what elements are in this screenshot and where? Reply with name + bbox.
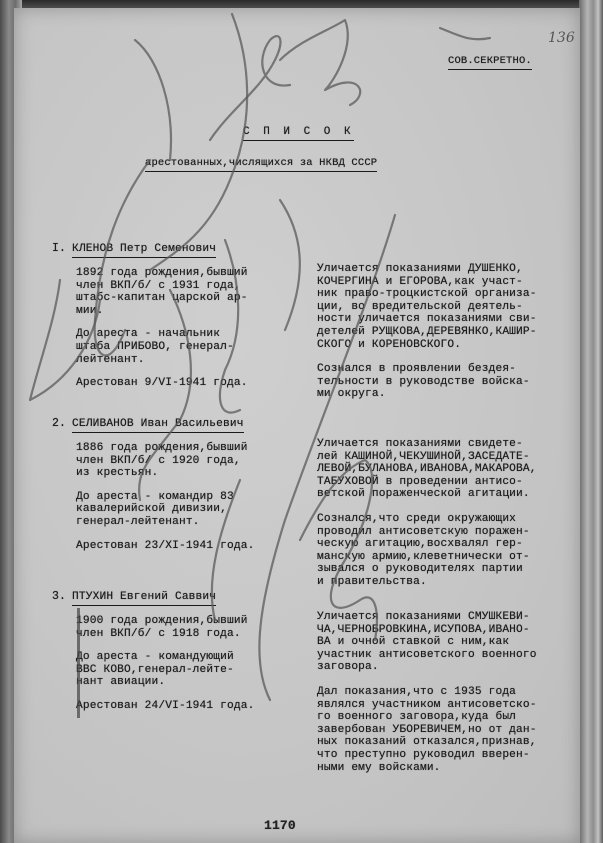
entry-arrest-date: Арестован 24/VI-1941 года. [76,700,254,713]
entry-position-line: нант авиации. [76,676,165,689]
sheet-number: 136 [548,30,575,46]
entry-charge-line: зывался о руководителях партии [317,563,523,576]
entry-charge-line: ник право-троцкистской организа- [317,288,537,301]
entry-number: I. [52,243,66,256]
entry-charge-line: ЧА,ЧЕРНОБРОВКИНА,ИСУПОВА,ИВАНО- [317,624,530,637]
entry-charge-line: тельности в руководстве войска- [317,376,530,389]
entry-bio-line: 1886 года рождения,бывший [76,442,248,455]
entry-position-line: До ареста - командир 83 [76,491,234,504]
entry-name: ПТУХИН Евгений Саввич [72,591,216,606]
entry-bio-line: мии. [76,305,103,318]
entry-position-line: штаба ПРИБОВО, генерал- [76,341,234,354]
entry-name: КЛЕНОВ Петр Семенович [72,243,216,258]
entry-charge-line: Сознался в проявлении бездея- [317,363,516,376]
entry-arrest-date: Арестован 23/XI-1941 года. [76,540,254,553]
entry-charge-line: го военного заговора,куда был [317,711,516,724]
entry-position-line: До ареста - командующий [76,651,234,664]
entry-charge-line: КОЧЕРГИНА и ЕГОРОВА,как участ- [317,276,523,289]
page-footer-number: 1170 [264,820,296,833]
entry-charge-line: Уличается показаниями СМУШКЕВИ- [317,611,530,624]
entry-position-line: До ареста - начальник [76,328,220,341]
entry-charge-line: заговора. [317,661,379,674]
entry-bio-line: из крестьян. [76,467,158,480]
entry-position-line: лейтенант. [76,354,145,367]
entry-charge-line: ции, во вредительской деятель- [317,301,523,314]
entry-charge-line: ми округа. [317,388,386,401]
entry-charge-line: ных показаний отказался,признав, [317,736,537,749]
entry-charge-line: ческую агитацию,восхвалял гер- [317,538,523,551]
entry-position-line: кавалерийской дивизии, [76,503,227,516]
entry-charge-line: Дал показания,что с 1935 года [317,686,516,699]
entry-bio-line: член ВКП/б/ с 1920 года, [76,455,241,468]
document-page: 136 СОВ.СЕКРЕТНО. С П И С О К арестованн… [14,8,580,843]
entry-number: 2. [52,418,66,431]
binding-right-edge [579,0,603,843]
entry-number: 3. [52,591,66,604]
entry-charge-line: проводил антисоветскую поражен- [317,526,530,539]
entry-arrest-date: Арестован 9/VI-1941 года. [76,377,248,390]
entry-charge-line: ТАБУХОВОЙ в проведении антисо- [317,476,523,489]
entry-charge-line: лей КАШИНОЙ,ЧЕКУШИНОЙ,ЗАСЕДАТЕ- [317,451,530,464]
document-title: С П И С О К [243,126,354,141]
entry-bio-line: член ВКП/б/ с 1931 года, [76,280,241,293]
entry-charge-line: ности уличается показаниями сви- [317,313,537,326]
entry-charge-line: и правительства. [317,576,427,589]
entry-charge-line: ВА и очной ставкой с ним,как [317,636,509,649]
entry-charge-line: ными ему войсками. [317,762,441,775]
entry-charge-line: детелей РУЩКОВА,ДЕРЕВЯНКО,КАШИР- [317,326,537,339]
entry-charge-line: участник антисоветского военного [317,649,537,662]
entry-name: СЕЛИВАНОВ Иван Васильевич [72,418,244,433]
entry-bio-line: член ВКП/б/ с 1918 года. [76,628,241,641]
entry-charge-line: ветской пораженческой агитации. [317,488,530,501]
entry-charge-line: Уличается показаниями свидете- [317,438,523,451]
entry-charge-line: что преступно руководил вверен- [317,749,530,762]
entry-position-line: ВВС КОВО,генерал-лейте- [76,664,234,677]
entry-charge-line: ЛЕВОЙ,БУЛАНОВА,ИВАНОВА,МАКАРОВА, [317,463,537,476]
entry-bio-line: штабс-капитан царской ар- [76,292,248,305]
entry-charge-line: являлся участником антисоветско- [317,699,537,712]
margin-bracket-mark [77,608,80,718]
entry-charge-line: завербован УБОРЕВИЧЕМ,но от дан- [317,724,537,737]
entry-charge-line: СКОГО и КОРЕНОВСКОГО. [317,339,461,352]
document-subtitle: арестованных,числящихся за НКВД СССР [145,157,377,172]
entry-charge-line: Уличается показаниями ДУШЕНКО, [317,263,523,276]
entry-position-line: генерал-лейтенант. [76,516,200,529]
entry-bio-line: 1892 года рождения,бывший [76,267,248,280]
classification-stamp: СОВ.СЕКРЕТНО. [448,55,532,70]
entry-charge-line: Сознался,что среди окружающих [317,513,516,526]
entry-bio-line: 1900 года рождения,бывший [76,615,248,628]
entry-charge-line: манскую армию,клеветнически от- [317,551,530,564]
